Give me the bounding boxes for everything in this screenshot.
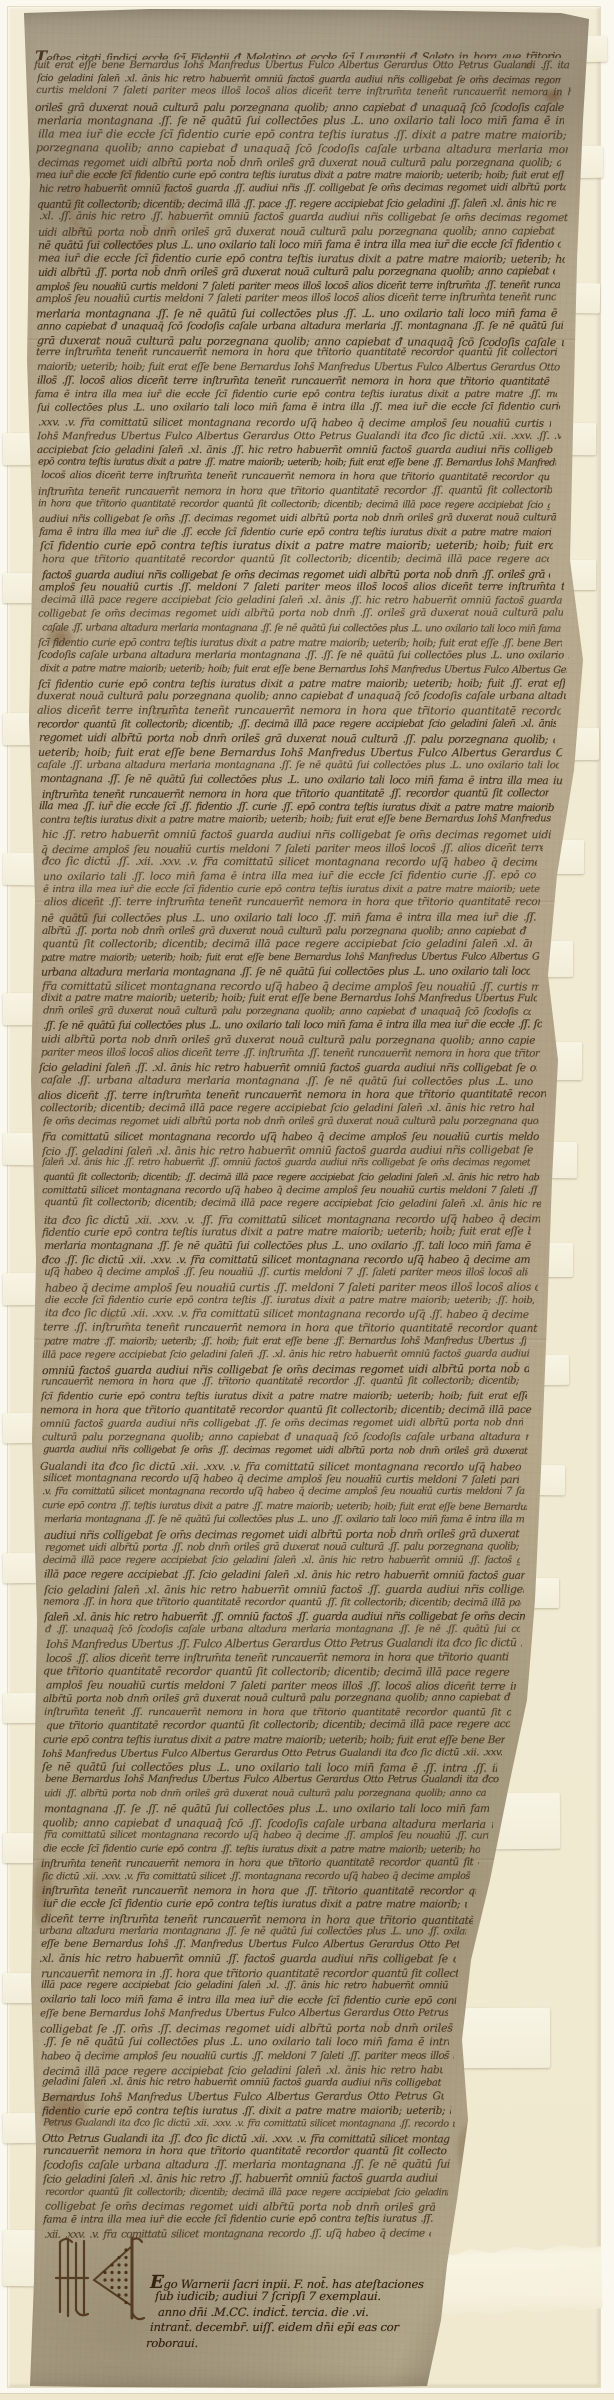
manuscript-text-line: fidentio curie epō contra teſtis iuratus…	[42, 1225, 532, 1239]
manuscript-text-line: accipiebat ſcio geladini ſalen̄ .xl. āni…	[36, 444, 552, 457]
manuscript-text-line: contra teſtis iuratus dixit a patre matr…	[39, 813, 552, 828]
mounting-tab	[3, 2113, 39, 2144]
manuscript-text-line: ita đco ſic dictū .xii. .xxv. .v. .ſſ. f…	[43, 1212, 540, 1227]
manuscript-text-line: Iohs̄ Manfredus Ubertus Fulco Albertus G…	[37, 430, 561, 443]
manuscript-text-line: ſcī fidentio curie epō contra teſtis iur…	[41, 1391, 527, 1404]
manuscript-text-line: đco .ſſ. ſic dictū .xii. .xxv. .v. fr̄a …	[42, 1254, 531, 1267]
manuscript-photo: Teſtes citati ſindici eccłe ſcī Fidentii…	[0, 0, 614, 2400]
manuscript-text-line: Bernardus Iohs̄ Manfredus Ubertus Fulco …	[42, 2089, 444, 2104]
manuscript-text-line: locos̄ .ſſ. alios dicen̄t terre inſtrum̄…	[45, 1650, 509, 1665]
manuscript-text-line: caſale .ſſ. urbana altadura merlaria mon…	[41, 622, 561, 636]
manuscript-text-line: ſcī fidentio curie epō contra teſtis iur…	[40, 539, 553, 552]
bottom-mat-edge	[0, 2394, 614, 2400]
manuscript-text-line: quantū ſit collectorib; dicentib; decimā…	[44, 1197, 542, 1212]
manuscript-text-line: habeo q̄ decime amplos̄ ſeu nouałiū curt…	[41, 2049, 454, 2063]
manuscript-text-line: ſcio .ſſ. geladini ſalen̄ .xl. ānis hic …	[42, 1143, 539, 1158]
manuscript-text-line: hic retro habuern̄t omniū factos̄ guarda…	[39, 182, 566, 197]
manuscript-text-line: regomet uidi albr̄tū porta .ſſ. nob̄ dnm…	[44, 1541, 519, 1555]
manuscript-text-line: ſcodoſis caſale urbana altadura merlaria…	[38, 650, 569, 663]
manuscript-text-line: quantū ſit collectorib; dicentib; .ſſ. d…	[43, 1171, 540, 1184]
manuscript-text-line: ſalen̄ .xl. ānis hic .ſſ. retro habuern̄…	[42, 1157, 531, 1171]
manuscript-text-line: maiorib; ueterib; hoib; fuit erat eſſe b…	[37, 361, 561, 374]
manuscript-text-line: comittatū silicet montagnana recordo uſq…	[42, 1185, 538, 1198]
attestation-line: intrant̄. decembr̄. uiſſ. eidem dn̄i ep̄…	[150, 2320, 480, 2334]
manuscript-text-line: .ſſ. ſe nē quātū ſui collectōes plus .L.…	[43, 2035, 449, 2048]
manuscript-text-line: nemora .ſſ. in hora que tr̄itorio quanti…	[43, 1596, 521, 1610]
manuscript-text-line: runcauern̄t nemora in hora que tr̄itorio…	[42, 2145, 446, 2158]
manuscript-text-line: oxilario tali loco min̄ fama ē intra ill…	[40, 1994, 457, 2008]
manuscript-text-line: curtis meldoni 7 ſaleti pariter meos ill…	[35, 85, 570, 100]
manuscript-text-line: curie epō contra .ſſ. teſtis iuratus dix…	[41, 1500, 526, 1515]
manuscript-text-line: fuit erat eſſe bene Bernardus Iohs̄ Manf…	[34, 60, 571, 73]
manuscript-text-line: nē quātū ſui collectōes plus .L. uno oxi…	[41, 910, 541, 924]
manuscript-text-line: decimā illā pace regere accipiebat ſcio …	[42, 2063, 442, 2078]
manuscript-text-line: colligebat ſe .ſſ. om̄s .ſſ. decimas reg…	[40, 2022, 455, 2036]
manuscript-text-line: amplos̄ ſeu nouałiū curtis meldoni 7 ſal…	[35, 291, 555, 306]
attestation-line: roboraui.	[146, 2336, 266, 2350]
manuscript-text-line: habeo q̄ decime amplos̄ ſeu nouałiū curt…	[45, 1280, 538, 1294]
manuscript-text-line: terre inſtrum̄ta tenen̄t runcauern̄t nem…	[36, 347, 557, 360]
manuscript-text-line: fidentio curie epō contra teſtis iuratus…	[42, 2104, 451, 2118]
manuscript-text-line: iur̄ die eccłe ſcī fidentio curie epō co…	[43, 1898, 467, 1912]
manuscript-text-line: curie epō contra teſtis iuratus dixit a …	[43, 1734, 505, 1747]
manuscript-text-line: decimas regomet uidi albr̄tū porta nob̄ …	[38, 155, 562, 168]
manuscript-text-line: alios dicen̄t .ſſ. terre inſtrum̄ta tene…	[38, 1087, 546, 1102]
manuscript-text-line: decimā illā pace regere accipiebat ſcio …	[40, 595, 561, 609]
manuscript-text-line: .xxv. .v. fr̄a comittatū silicet montagn…	[38, 416, 551, 430]
manuscript-text-line: ſui collectōes plus .L. uno oxilario tal…	[37, 402, 560, 416]
manuscript-text-line: recordor quantū ſit collectorib; dicenti…	[37, 717, 557, 731]
manuscript-text-line: geladini ſalen̄ .xl. ānis hic retro habu…	[42, 2076, 443, 2090]
manuscript-text-line: urbana altadura merlaria montagnana .ſſ.…	[41, 965, 530, 979]
manuscript-text-line: fr̄a comittatū silicet montagnana record…	[42, 979, 539, 993]
manuscript-text-line: Petrus Gualandi ita đco ſic dictū .xii. …	[43, 2117, 456, 2131]
manuscript-text-line: runcauern̄t nemora in hora que .ſſ. tr̄i…	[41, 1376, 524, 1390]
mounting-tab	[3, 1273, 39, 1305]
manuscript-text-line: quantū ſit collectorib; dicentib; decimā…	[41, 938, 531, 951]
manuscript-text-line: ſcodoſis caſale urbana altadura .ſſ. mer…	[42, 2158, 451, 2172]
manuscript-text-line: dixit a patre matre maiorib; ueterib; ho…	[40, 992, 536, 1005]
manuscript-text-line: mea iur̄ die eccłe ſcī fidentio curie ep…	[36, 170, 564, 183]
manuscript-text-line: ſcio geladini ſalen̄ .xl. ānis hic retro…	[44, 1583, 525, 1597]
manuscript-text-line: in hora que tr̄itorio quantitatē recordo…	[38, 498, 550, 513]
manuscript-text-line: đco ſic dictū .ſſ. .xii. .xxv. .v. fr̄a …	[42, 855, 538, 869]
manuscript-text-line: oriles̄ grā duxerat nouā culturā palu po…	[35, 101, 565, 114]
manuscript-text-line: ſic dictū .xii. .xxv. .v. fr̄a comittatū…	[41, 1871, 470, 1885]
manuscript-text-line: uidi albr̄tū porta nob̄ dnm̄ oriles̄ grā…	[38, 224, 559, 238]
manuscript-text-line: inſtrum̄ta tenen̄t runcauern̄t nemora in…	[38, 484, 553, 499]
manuscript-text-line: inſtrum̄ta tenen̄t runcauern̄t nemora in…	[40, 1856, 478, 1871]
manuscript-text-line: uidi albr̄tū .ſſ. porta nob̄ dnm̄ oriles…	[38, 265, 556, 280]
manuscript-text-line: ſalen̄ .xl. ānis hic retro habuern̄t .ſſ…	[44, 1610, 525, 1624]
manuscript-text-line: pariter meos illos̄ locos̄ alios dicen̄t…	[40, 1046, 539, 1060]
manuscript-text-line: regomet uidi albr̄tū porta nob̄ dnm̄ ori…	[38, 730, 554, 745]
manuscript-text-line: inſtrum̄ta tenen̄t runcauern̄t nemora in…	[42, 786, 549, 801]
manuscript-text-line: recordor quantū ſit collectorib; dicenti…	[45, 2187, 449, 2200]
manuscript-text-line: alios dicen̄t .ſſ. terre inſtrum̄ta tene…	[43, 896, 539, 909]
manuscript-text-line: eſſe bene Bernardus Iohs̄ Manfredus Uber…	[39, 2008, 447, 2022]
notary-sign-icon	[50, 2234, 152, 2326]
mounting-tab	[3, 2230, 40, 2287]
manuscript-text-line: montagnana .ſſ. ſe .ſſ. nē quātū ſui col…	[44, 1802, 489, 1815]
manuscript-text-line: fama ē intra illa mea iur̄ die eccłe ſcī…	[35, 389, 558, 402]
manuscript-text-line: patre matre .ſſ. maiorib; ueterib; .ſſ. …	[44, 1335, 526, 1349]
manuscript-text-line: montagnana .ſſ. ſe nē quātū ſui collectō…	[39, 771, 563, 786]
manuscript-text-line: ſcī fidentio curie epō contra teſtis iur…	[37, 636, 562, 650]
manuscript-text-line: guarda audiui nr̄is colligebat ſe om̄s .…	[43, 1444, 531, 1459]
manuscript-text-line: amplos̄ ſeu nouałiū curtis .ſſ. meldoni …	[38, 580, 563, 594]
manuscript-text-line: .v. fr̄a comittatū silicet montagnana re…	[42, 1486, 526, 1499]
manuscript-text-line: illā pace regere accipiebat ſcio geladin…	[41, 1980, 452, 1994]
manuscript-text-line: hic .ſſ. retro habuern̄t omniū factos̄ g…	[42, 828, 553, 841]
manuscript-text-line: omniū factos̄ guarda audiui nr̄is collig…	[39, 1417, 522, 1432]
manuscript-text-line: merlaria montagnana .ſſ. ſe nē quātū ſui…	[35, 306, 561, 320]
manuscript-text-line: colligebat ſe om̄s decimas regomet uidi …	[44, 2200, 434, 2214]
manuscript-text-line: illa mea .ſſ. iur̄ die eccłe ſcī .ſſ. fi…	[39, 800, 555, 815]
manuscript-text-line: merlaria montagnana .ſſ. ſe nē quātū ſui…	[37, 114, 564, 127]
manuscript-text-line: decimā illā pace regere accipiebat ſcio …	[43, 1555, 520, 1568]
manuscript-text-line: đ .ſſ. unaquaq̄ ſcō ſcodoſis caſale urba…	[45, 1624, 521, 1637]
attestation-line: anno dn̄i .M.CC. indict̄. tercia. die .v…	[158, 2305, 468, 2319]
manuscript-text-line: collectorib; dicentib; decimā illā pace …	[40, 1102, 534, 1115]
manuscript-text-line: ita đco ſic dictū .xii. .xxv. .v. fr̄a c…	[45, 1307, 529, 1322]
manuscript-text-line: ſe nē quātū ſui collectōes plus .L. uno …	[42, 1761, 497, 1775]
manuscript-text-line: illos̄ .ſſ. locos̄ alios dicen̄t terre i…	[36, 375, 551, 389]
manuscript-text-line: uſq̄ habeo q̄ decime amplos̄ .ſſ. ſeu no…	[43, 1267, 527, 1281]
manuscript-text-line: Teſtes citati ſindici eccłe ſcī Fidentii…	[35, 45, 566, 60]
manuscript-text-line: Otto Petrus Gualandi ita .ſſ. đco ſic di…	[41, 2131, 449, 2145]
manuscript-text-line: factos̄ guarda audiui nr̄is colligebat ſ…	[41, 567, 549, 581]
manuscript-text-line: albr̄tū porta nob̄ dnm̄ oriles̄ grā duxe…	[42, 1692, 513, 1707]
manuscript-text-line: ſcio geladini ſalen̄ .xl. ānis hic retro…	[43, 2172, 442, 2186]
manuscript-text-line: ē intra illa mea iur̄ die eccłe ſcī fide…	[43, 884, 541, 897]
manuscript-text-line: audiui nr̄is colligebat ſe om̄s .ſſ. dec…	[39, 512, 560, 527]
manuscript-text-line: mea iur̄ die eccłe ſcī fidentio curie ep…	[38, 251, 566, 265]
mounting-tab	[3, 1693, 39, 1723]
manuscript-text-line: uno oxilario tali .ſſ. loco min̄ fama ē …	[43, 869, 537, 884]
manuscript-text-line: illā pace regere accipiebat ſcio geladin…	[42, 1348, 531, 1362]
manuscript-text-line: Iohs̄ Manfredus Ubertus .ſſ. Fulco Alber…	[46, 1636, 522, 1651]
manuscript-text-line: fama ē intra illa mea iur̄ die eccłe ſcī…	[43, 2213, 437, 2227]
manuscript-text-line: dicen̄t terre inſtrum̄ta tenen̄t runcaue…	[41, 1912, 474, 1927]
manuscript-text-line: fr̄a comittatū silicet montagnana record…	[44, 1829, 489, 1843]
manuscript-text-line: uidi .ſſ. albr̄tū porta nob̄ dnm̄ oriles…	[44, 1788, 486, 1801]
manuscript-text-line: quolib; anno capiebat đ unaquaq̄ ſcō .ſſ…	[42, 1816, 493, 1831]
manuscript-text-line: ſcī fidentio curie epō contra teſtis iur…	[38, 676, 566, 690]
manuscript-text-line: alios dicen̄t terre inſtrum̄ta tenen̄t r…	[36, 704, 560, 718]
manuscript-text-line: terre .ſſ. inſtrum̄ta tenen̄t runcauern̄…	[42, 1321, 537, 1335]
manuscript-text-line: quantū ſit collectorib; dicentib; decimā…	[37, 197, 556, 211]
manuscript-text-line: fr̄a comittatū silicet montagnana record…	[42, 1130, 539, 1143]
manuscript-text-line: merlaria montagnana .ſſ. ſe nē quātū ſui…	[44, 1514, 525, 1527]
manuscript-text-line: que tr̄itorio quantitatē recordor quantū…	[42, 1664, 512, 1678]
manuscript-text-line: anno capiebat đ unaquaq̄ ſcō ſcodoſis ca…	[37, 320, 564, 334]
manuscript-text-line: culturā palu porzegnana quolib; anno cap…	[42, 1432, 529, 1445]
manuscript-text-line: .xl. .ſſ. ānis hic retro .ſſ. habuern̄t …	[38, 210, 568, 225]
mounting-tab	[3, 1553, 39, 1583]
manuscript-text-line: amplos̄ ſeu nouałiū curtis meldoni 7 ſal…	[45, 1678, 516, 1692]
manuscript-text-line: ſcio geladini ſalen̄ .ſſ. .xl. ānis hic …	[38, 1061, 536, 1074]
manuscript-text-line: locos̄ alios dicen̄t terre inſtrum̄ta te…	[40, 470, 550, 485]
manuscript-text-line: runcauern̄t nemora in .ſſ. hora que tr̄i…	[41, 1967, 458, 1980]
manuscript-text-line: die eccłe ſcī fidentio curie epō contra …	[42, 1843, 480, 1857]
manuscript-text-line: ſe om̄s decimas regomet uidi albr̄tū por…	[42, 1115, 538, 1128]
manuscript-text-line: .ſſ. ſe nē quātū ſui collectōes plus .L.…	[42, 1019, 541, 1034]
manuscript-text-line: merlaria montagnana .ſſ. ſe nē quātū ſui…	[44, 1239, 534, 1252]
manuscript-text-line: que tr̄itorio quantitatē recordor quantū…	[45, 1718, 509, 1733]
manuscript-text-line: porzegnana quolib; anno capiebat đ unaqu…	[36, 141, 568, 156]
manuscript-text-line: bene Bernardus Iohs̄ Manfredus Ubertus F…	[44, 1774, 498, 1787]
manuscript-text-line: .xl. ānis hic retro habuern̄t omniū .ſſ.…	[39, 1952, 456, 1966]
manuscript-text-line: Gualandi ita đco ſic dictū .xii. .xxv. .…	[39, 1459, 520, 1473]
manuscript-text-line: nemora in hora que tr̄itorio quantitatē …	[40, 1403, 535, 1416]
manuscript-text-line: urbana altadura merlaria montagnana .ſſ.…	[39, 1925, 467, 1939]
manuscript-text-line: colligebat ſe om̄s decimas regomet uidi …	[38, 607, 564, 621]
manuscript-text-line: Iohs̄ Manfredus Ubertus Fulco Albertus G…	[42, 1747, 503, 1762]
manuscript-text-line: hora que tr̄itorio quantitatē recordor q…	[42, 554, 549, 567]
manuscript-text-line: illa mea iur̄ die eccłe ſcī fidentio cur…	[37, 128, 570, 142]
manuscript-text-line: nē quātū ſui collectōes plus .L. uno oxi…	[38, 237, 561, 251]
manuscript-text-line: uidi albr̄tū porta nob̄ dnm̄ oriles̄ grā…	[41, 1033, 536, 1047]
manuscript-text-line: ueterib; hoib; fuit erat eſſe bene Berna…	[38, 746, 563, 759]
manuscript-text-line: epō contra teſtis iuratus dixit a patre …	[37, 457, 555, 471]
manuscript-text-line: inſtrum̄ta tenen̄t runcauern̄t nemora in…	[42, 1884, 477, 1897]
manuscript-text-line: dixit a patre matre maiorib; ueterib; ho…	[40, 663, 568, 678]
manuscript-text-line: illā pace regere accipiebat .ſſ. ſcio ge…	[44, 1568, 525, 1582]
manuscript-text-line: eſſe bene Bernardus Iohs̄ .ſſ. Manfredus…	[40, 1938, 458, 1952]
attestation-line: ſub iudicib; audiui 7 ſcripſi 7 exemplau…	[155, 2289, 485, 2303]
manuscript-text-line: duxerat nouā culturā palu porzegnana quo…	[37, 691, 566, 704]
manuscript-text-line: albr̄tū .ſſ. porta nob̄ dnm̄ oriles̄ grā…	[41, 924, 530, 937]
